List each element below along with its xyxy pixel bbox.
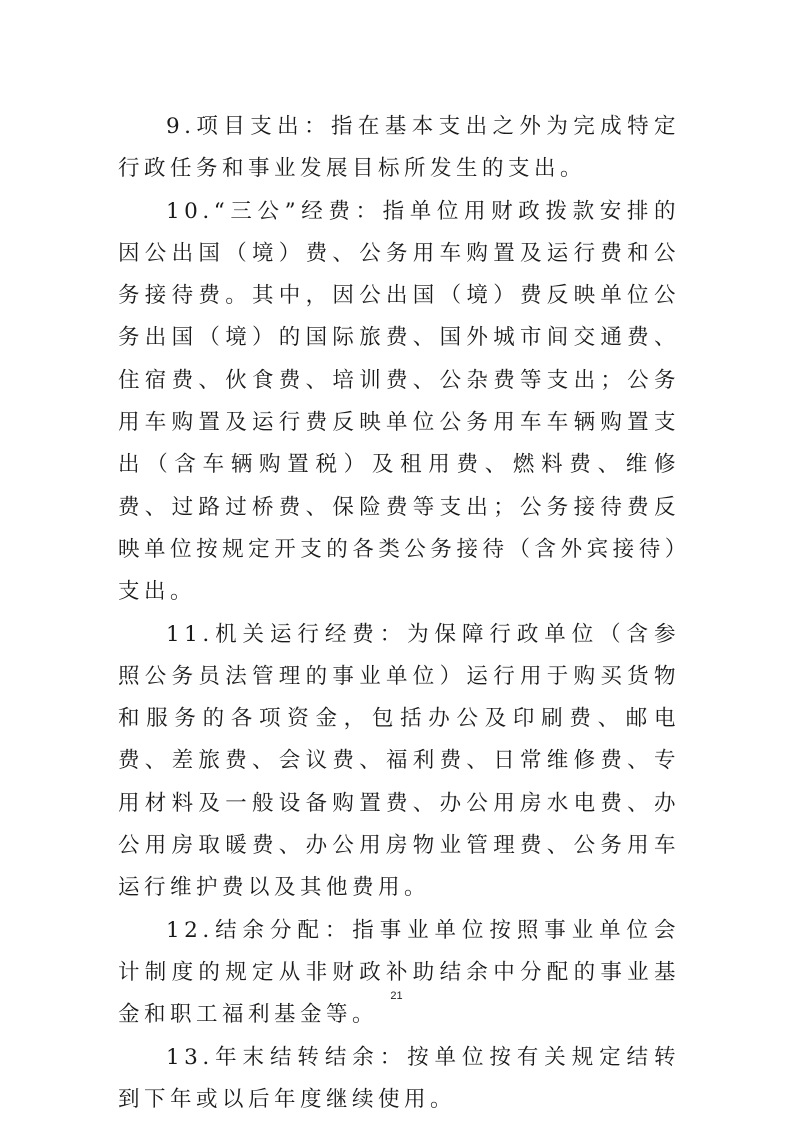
paragraph-item-10-three-public-expenses: 10.“三公”经费：指单位用财政拨款安排的因公出国（境）费、公务用车购置及运行费…: [118, 191, 680, 614]
paragraph-item-12-surplus-distribution: 12.结余分配：指事业单位按照事业单位会计制度的规定从非财政补助结余中分配的事业…: [118, 910, 680, 1037]
document-page: 9.项目支出：指在基本支出之外为完成特定行政任务和事业发展目标所发生的支出。 1…: [0, 0, 793, 1122]
page-number: 21: [0, 990, 793, 1002]
document-body: 9.项目支出：指在基本支出之外为完成特定行政任务和事业发展目标所发生的支出。 1…: [118, 106, 680, 1121]
paragraph-item-9-project-expenditure: 9.项目支出：指在基本支出之外为完成特定行政任务和事业发展目标所发生的支出。: [118, 106, 680, 191]
paragraph-item-13-year-end-carryover: 13.年末结转结余：按单位按有关规定结转到下年或以后年度继续使用。: [118, 1037, 680, 1122]
paragraph-item-11-agency-operating-expenses: 11.机关运行经费：为保障行政单位（含参照公务员法管理的事业单位）运行用于购买货…: [118, 614, 680, 910]
